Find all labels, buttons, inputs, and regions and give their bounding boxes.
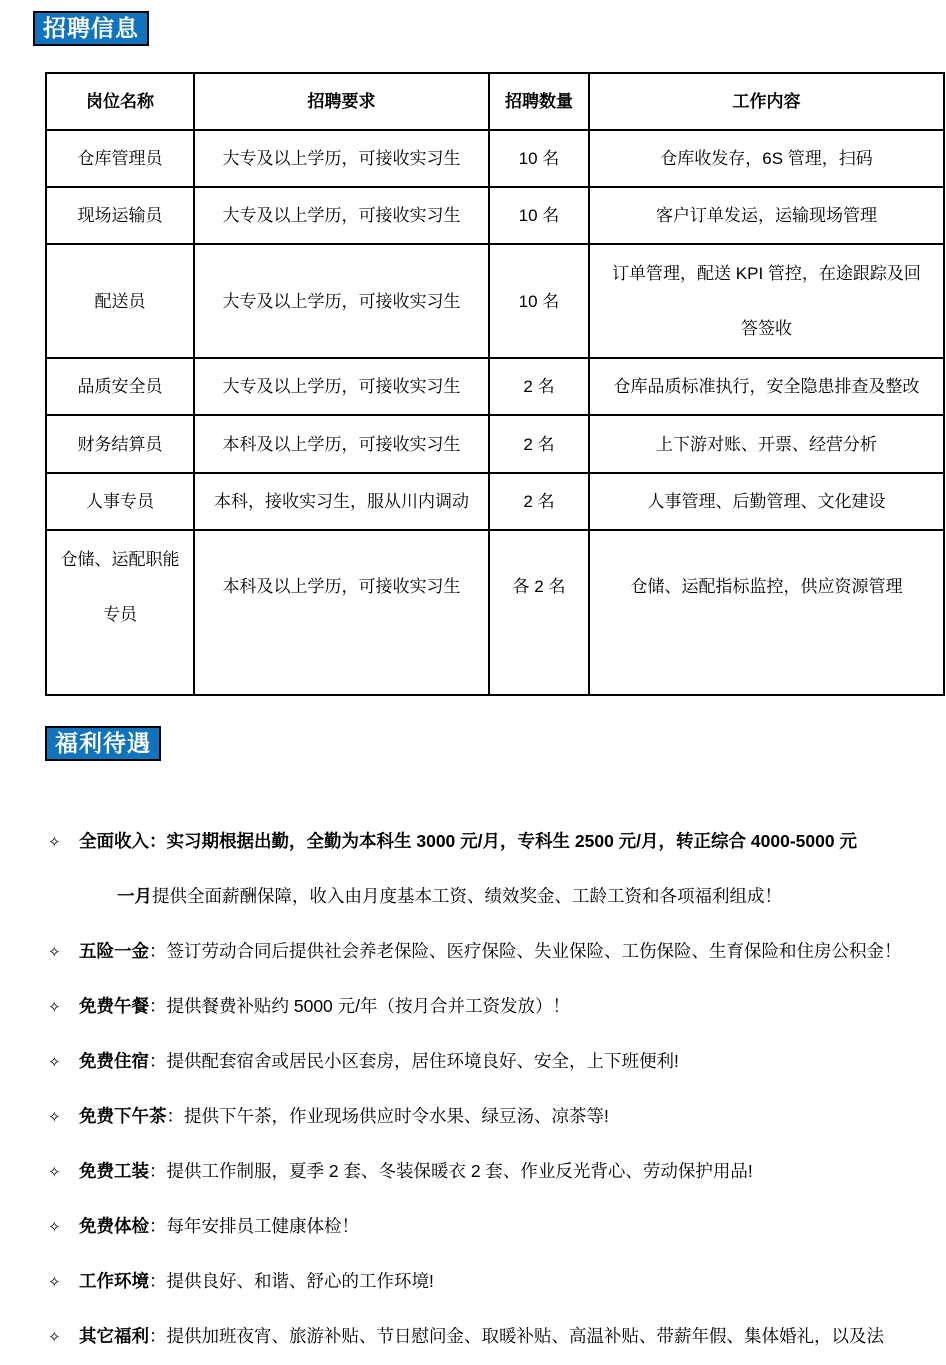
cell-count: 2 名	[489, 358, 589, 415]
benefit-item: ✧免费下午茶：提供下午茶，作业现场供应时令水果、绿豆汤、凉茶等!	[48, 1089, 946, 1144]
benefit-item-continuation: 一月提供全面薪酬保障，收入由月度基本工资、绩效奖金、工龄工资和各项福利组成！	[117, 869, 946, 924]
cell-requirement: 本科，接收实习生，服从川内调动	[194, 473, 489, 530]
benefit-label: 免费午餐	[79, 996, 149, 1016]
star-bullet-icon: ✧	[48, 1200, 66, 1255]
cell-position: 仓库管理员	[46, 130, 194, 187]
col-header-duty: 工作内容	[589, 73, 944, 130]
star-bullet-icon: ✧	[48, 1310, 66, 1365]
star-bullet-icon: ✧	[48, 1145, 66, 1200]
benefit-item: ✧免费住宿：提供配套宿舍或居民小区套房，居住环境良好、安全，上下班便利!	[48, 1034, 946, 1089]
cell-position: 现场运输员	[46, 187, 194, 244]
benefit-text: ：签订劳动合同后提供社会养老保险、医疗保险、失业保险、工伤保险、生育保险和住房公…	[149, 941, 902, 961]
benefit-item: ✧其它福利：提供加班夜宵、旅游补贴、节日慰问金、取暖补贴、高温补贴、带薪年假、集…	[48, 1309, 946, 1364]
cell-position: 配送员	[46, 244, 194, 358]
col-header-count: 招聘数量	[489, 73, 589, 130]
cell-duty: 仓储、运配指标监控，供应资源管理	[589, 530, 944, 695]
cell-requirement: 大专及以上学历，可接收实习生	[194, 358, 489, 415]
table-row: 现场运输员 大专及以上学历，可接收实习生 10 名 客户订单发运，运输现场管理	[46, 187, 944, 244]
benefit-label: 五险一金	[79, 941, 149, 961]
cell-count: 10 名	[489, 187, 589, 244]
benefit-label: 免费体检	[79, 1216, 149, 1236]
table-row: 人事专员 本科，接收实习生，服从川内调动 2 名 人事管理、后勤管理、文化建设	[46, 473, 944, 530]
benefit-label: 免费下午茶	[79, 1106, 167, 1126]
star-bullet-icon: ✧	[48, 1255, 66, 1310]
cell-position: 仓储、运配职能 专员	[46, 530, 194, 695]
cell-requirement: 大专及以上学历，可接收实习生	[194, 187, 489, 244]
cell-requirement: 大专及以上学历，可接收实习生	[194, 244, 489, 358]
cell-duty: 订单管理，配送 KPI 管控，在途跟踪及回 答签收	[589, 244, 944, 358]
cell-duty: 仓库品质标准执行，安全隐患排查及整改	[589, 358, 944, 415]
table-header-row: 岗位名称 招聘要求 招聘数量 工作内容	[46, 73, 944, 130]
table-row: 仓储、运配职能 专员 本科及以上学历，可接收实习生 各 2 名 仓储、运配指标监…	[46, 530, 944, 695]
recruitment-table: 岗位名称 招聘要求 招聘数量 工作内容 仓库管理员 大专及以上学历，可接收实习生…	[45, 72, 945, 696]
star-bullet-icon: ✧	[48, 980, 66, 1035]
cell-count: 2 名	[489, 415, 589, 473]
benefit-text: ：提供良好、和谐、舒心的工作环境!	[149, 1271, 434, 1291]
benefit-text: ：提供加班夜宵、旅游补贴、节日慰问金、取暖补贴、高温补贴、带薪年假、集体婚礼，以…	[149, 1326, 884, 1346]
benefit-label: 免费住宿	[79, 1051, 149, 1071]
cell-requirement: 本科及以上学历，可接收实习生	[194, 530, 489, 695]
benefit-item: ✧全面收入：实习期根据出勤，全勤为本科生 3000 元/月，专科生 2500 元…	[48, 814, 946, 869]
benefit-label: 其它福利	[79, 1326, 149, 1346]
cell-requirement: 大专及以上学历，可接收实习生	[194, 130, 489, 187]
benefit-text: ：提供工作制服，夏季 2 套、冬装保暖衣 2 套、作业反光背心、劳动保护用品!	[149, 1161, 753, 1181]
benefit-text: ：提供下午茶，作业现场供应时令水果、绿豆汤、凉茶等!	[167, 1106, 609, 1126]
benefit-text: ：实习期根据出勤，全勤为本科生 3000 元/月，专科生 2500 元/月，转正…	[149, 831, 857, 851]
benefit-text: ：提供配套宿舍或居民小区套房，居住环境良好、安全，上下班便利!	[149, 1051, 679, 1071]
star-bullet-icon: ✧	[48, 1035, 66, 1090]
star-bullet-icon: ✧	[48, 815, 66, 870]
cell-count: 各 2 名	[489, 530, 589, 695]
benefit-item: ✧五险一金：签订劳动合同后提供社会养老保险、医疗保险、失业保险、工伤保险、生育保…	[48, 924, 946, 979]
table-row: 品质安全员 大专及以上学历，可接收实习生 2 名 仓库品质标准执行，安全隐患排查…	[46, 358, 944, 415]
cell-duty: 上下游对账、开票、经营分析	[589, 415, 944, 473]
benefit-text: 提供全面薪酬保障，收入由月度基本工资、绩效奖金、工龄工资和各项福利组成！	[152, 886, 782, 906]
recruitment-section-title: 招聘信息	[33, 11, 149, 46]
benefit-item: ✧工作环境：提供良好、和谐、舒心的工作环境!	[48, 1254, 946, 1309]
table-row: 财务结算员 本科及以上学历，可接收实习生 2 名 上下游对账、开票、经营分析	[46, 415, 944, 473]
col-header-requirement: 招聘要求	[194, 73, 489, 130]
benefit-item: ✧免费午餐：提供餐费补贴约 5000 元/年（按月合并工资发放）！	[48, 979, 946, 1034]
table-row: 仓库管理员 大专及以上学历，可接收实习生 10 名 仓库收发存，6S 管理，扫码	[46, 130, 944, 187]
benefit-label: 工作环境	[79, 1271, 149, 1291]
cell-position: 品质安全员	[46, 358, 194, 415]
benefit-item: ✧免费体检：每年安排员工健康体检！	[48, 1199, 946, 1254]
benefit-label: 全面收入	[79, 831, 149, 851]
benefits-section-title: 福利待遇	[45, 726, 161, 761]
cell-requirement: 本科及以上学历，可接收实习生	[194, 415, 489, 473]
cell-position: 人事专员	[46, 473, 194, 530]
table-row: 配送员 大专及以上学历，可接收实习生 10 名 订单管理，配送 KPI 管控，在…	[46, 244, 944, 358]
benefit-text-bold: 一月	[117, 886, 152, 906]
benefit-item: ✧免费工装：提供工作制服，夏季 2 套、冬装保暖衣 2 套、作业反光背心、劳动保…	[48, 1144, 946, 1199]
cell-duty: 仓库收发存，6S 管理，扫码	[589, 130, 944, 187]
cell-duty: 客户订单发运，运输现场管理	[589, 187, 944, 244]
star-bullet-icon: ✧	[48, 1090, 66, 1145]
benefits-list: ✧全面收入：实习期根据出勤，全勤为本科生 3000 元/月，专科生 2500 元…	[48, 814, 946, 1364]
benefit-label: 免费工装	[79, 1161, 149, 1181]
star-bullet-icon: ✧	[48, 925, 66, 980]
cell-position: 财务结算员	[46, 415, 194, 473]
benefit-text: ：每年安排员工健康体检！	[149, 1216, 359, 1236]
cell-count: 10 名	[489, 130, 589, 187]
benefit-text: ：提供餐费补贴约 5000 元/年（按月合并工资发放）！	[149, 996, 570, 1016]
cell-count: 2 名	[489, 473, 589, 530]
cell-duty: 人事管理、后勤管理、文化建设	[589, 473, 944, 530]
cell-count: 10 名	[489, 244, 589, 358]
col-header-position: 岗位名称	[46, 73, 194, 130]
